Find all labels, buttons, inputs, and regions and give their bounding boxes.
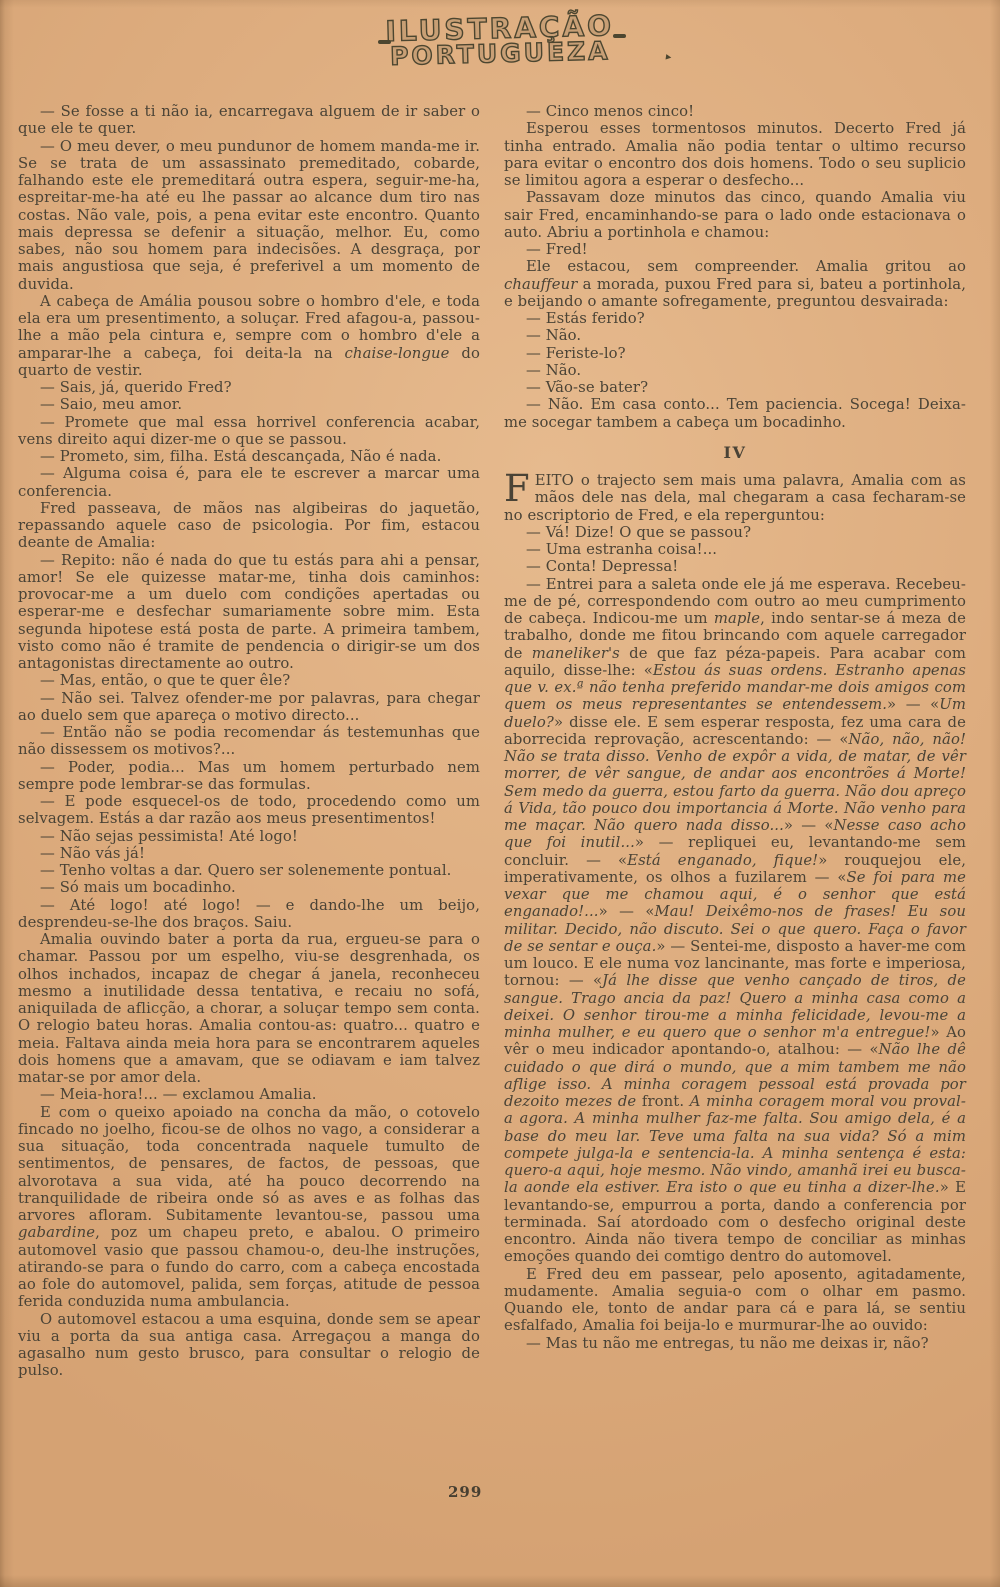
paragraph: — Até logo! até logo! — e dando-lhe um b… <box>18 897 480 932</box>
paragraph: Amalia ouvindo bater a porta da rua, erg… <box>18 931 480 1086</box>
paragraph: — Prometo, sim, filha. Está descançada, … <box>18 448 480 465</box>
paragraph: — Não vás já! <box>18 845 480 862</box>
paragraph: Esperou esses tormentosos minutos. Decer… <box>504 120 966 189</box>
paragraph: — Então não se podia recomendar ás teste… <box>18 724 480 759</box>
paragraph: — Uma estranha coisa!... <box>504 541 966 558</box>
paragraph: — Alguma coisa é, para ele te escrever a… <box>18 465 480 500</box>
paragraph: — Promete que mal essa horrivel conferen… <box>18 414 480 449</box>
paragraph: — Não sei. Talvez ofender-me por palavra… <box>18 690 480 725</box>
paragraph: — Fred! <box>504 241 966 258</box>
paragraph: — Poder, podia... Mas um homem perturbad… <box>18 759 480 794</box>
paragraph: — Mas, então, o que te quer êle? <box>18 672 480 689</box>
paragraph: — Não sejas pessimista! Até logo! <box>18 828 480 845</box>
paragraph: — Repito: não é nada do que tu estás par… <box>18 552 480 673</box>
page-number: 299 <box>448 1483 482 1501</box>
paragraph: — Conta! Depressa! <box>504 558 966 575</box>
paragraph: — Entrei para a saleta onde ele já me es… <box>504 576 966 1266</box>
paragraph: — Mas tu não me entregas, tu não me deix… <box>504 1335 966 1352</box>
paragraph: — Só mais um bocadinho. <box>18 879 480 896</box>
paragraph: Passavam doze minutos das cinco, quando … <box>504 189 966 241</box>
paragraph: — Estás ferido? <box>504 310 966 327</box>
paragraph: — Feriste-lo? <box>504 345 966 362</box>
paragraph: — Tenho voltas a dar. Quero ser soleneme… <box>18 862 480 879</box>
paragraph: FEITO o trajecto sem mais uma palavra, A… <box>504 472 966 524</box>
paragraph: — Não. Em casa conto... Tem paciencia. S… <box>504 396 966 431</box>
paragraph: — Cinco menos cinco! <box>504 103 966 120</box>
paragraph: — Vá! Dize! O que se passou? <box>504 524 966 541</box>
paragraph: — Saio, meu amor. <box>18 396 480 413</box>
paragraph: E Fred deu em passear, pelo aposento, ag… <box>504 1266 966 1335</box>
paragraph: Fred passeava, de mãos nas algibeiras do… <box>18 500 480 552</box>
paragraph: Ele estacou, sem compreender. Amalia gri… <box>504 258 966 310</box>
text-column-right: — Cinco menos cinco!Esperou esses tormen… <box>504 103 966 1352</box>
printers-mark-icon: ▸ <box>665 50 672 64</box>
paragraph: — Sais, já, querido Fred? <box>18 379 480 396</box>
magazine-page: ILUSTRAÇÃO PORTUGUEZA ▸ — Se fosse a ti … <box>0 0 1000 1587</box>
masthead-logo: ILUSTRAÇÃO PORTUGUEZA <box>0 3 1000 79</box>
paragraph: — Vão-se bater? <box>504 379 966 396</box>
drop-cap: F <box>504 472 535 504</box>
text-column-left: — Se fosse a ti não ia, encarregava algu… <box>18 103 480 1380</box>
paragraph: A cabeça de Amália pousou sobre o hombro… <box>18 293 480 379</box>
paragraph: — O meu dever, o meu pundunor de homem m… <box>18 138 480 293</box>
paragraph: E com o queixo apoiado na concha da mão,… <box>18 1104 480 1311</box>
paragraph: O automovel estacou a uma esquina, donde… <box>18 1311 480 1380</box>
paragraph: — Meia-hora!... — exclamou Amalia. <box>18 1086 480 1103</box>
paragraph: — Se fosse a ti não ia, encarregava algu… <box>18 103 480 138</box>
paragraph: — Não. <box>504 327 966 344</box>
section-heading: IV <box>504 444 966 461</box>
paragraph: — Não. <box>504 362 966 379</box>
paragraph: — E pode esquecel-os de todo, procedendo… <box>18 793 480 828</box>
